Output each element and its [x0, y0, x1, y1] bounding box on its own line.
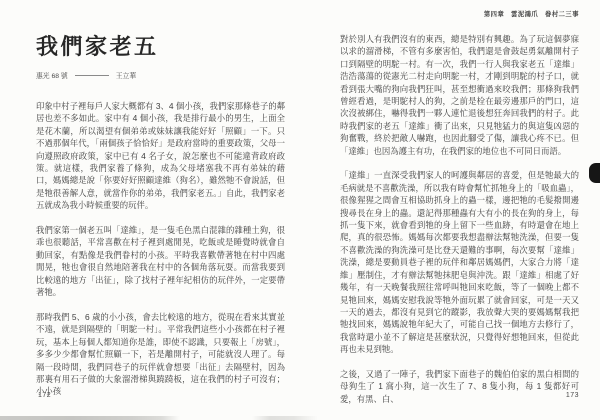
- left-paragraph-2: 我們家第一個老五叫「達維」，是一隻毛色黑白混雜的雜種土狗，很乖也很聽話，平常喜歡…: [36, 224, 285, 298]
- byline-author: 王立華: [116, 70, 136, 80]
- left-paragraph-3: 那時我們 5、6 歲的小小孩，會去比較遠的地方，從現在看來其實並不遠，就是到隔壁…: [36, 311, 285, 398]
- left-page-body: 印象中村子裡每戶人家大概都有 3、4 個小孩，我們家那條巷子的鄰居也差不多如此。…: [36, 100, 285, 410]
- book-spread: 我們家老五 惠光 68 號 王立華 印象中村子裡每戶人家大概都有 3、4 個小孩…: [0, 0, 600, 420]
- right-paragraph-3: 之後，又過了一陣子，我們家下面巷子的魏伯伯家的黑白相間的母狗生了 1 窩小狗，這…: [340, 368, 579, 405]
- byline-rule: [75, 75, 109, 76]
- page-edge-tab: [589, 163, 600, 183]
- byline: 惠光 68 號 王立華: [36, 70, 136, 80]
- right-page-body: 對於別人有我們沒有的東西，總是特別有興趣。為了玩這個夢寐以求的溜滑梯，不管有多麼…: [340, 33, 579, 418]
- left-page: 我們家老五 惠光 68 號 王立華 印象中村子裡每戶人家大概都有 3、4 個小孩…: [0, 0, 300, 420]
- running-header: 第四章 雲泥鴻爪 眷村二三事: [340, 9, 579, 18]
- byline-credit: 惠光 68 號: [36, 70, 68, 80]
- page-number-right: 173: [340, 392, 579, 399]
- page-number-left: 172: [38, 392, 51, 399]
- right-paragraph-1: 對於別人有我們沒有的東西，總是特別有興趣。為了玩這個夢寐以求的溜滑梯，不管有多麼…: [340, 33, 579, 157]
- article-title: 我們家老五: [36, 30, 159, 61]
- right-paragraph-2: 「達維」一直深受我們家人的呵護與鄰居的喜愛，但是牠最大的毛病就是不喜歡洗澡，所以…: [340, 169, 579, 355]
- left-paragraph-1: 印象中村子裡每戶人家大概都有 3、4 個小孩，我們家那條巷子的鄰居也差不多如此。…: [36, 100, 285, 212]
- scan-edge-shadow: [0, 416, 600, 420]
